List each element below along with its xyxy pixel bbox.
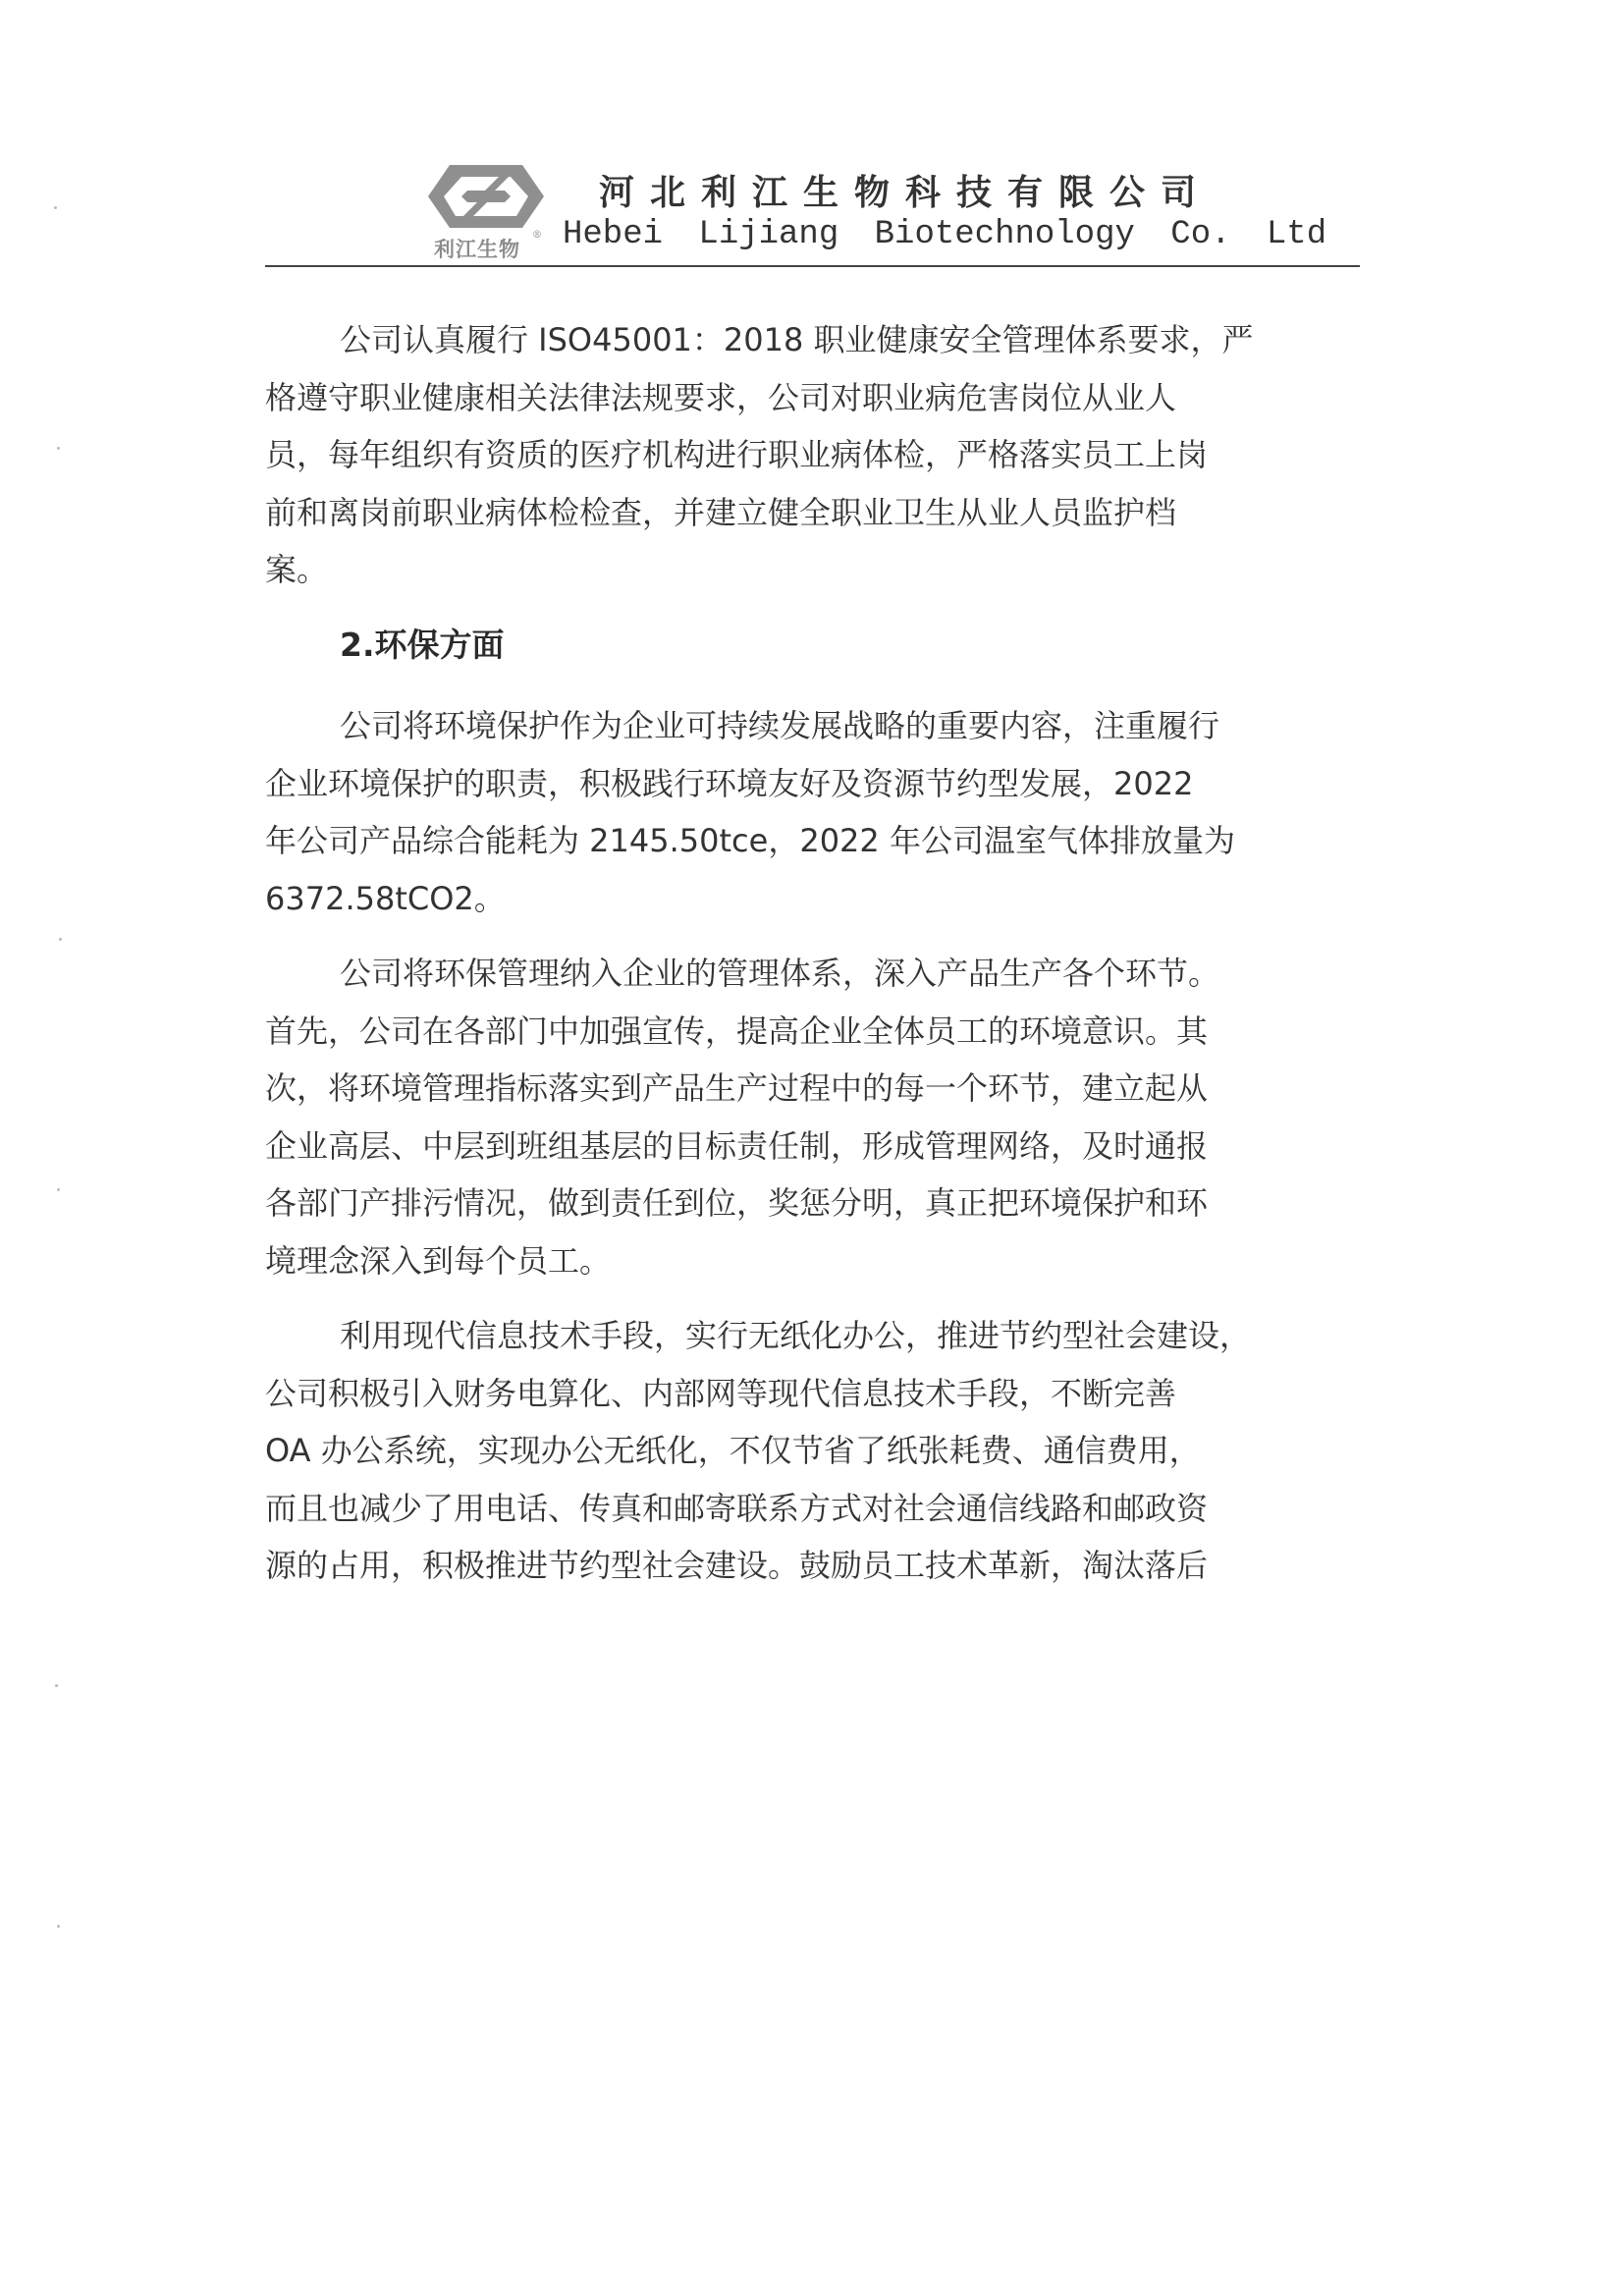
text-line: 员，每年组织有资质的医疗机构进行职业病体检，严格落实员工上岗 xyxy=(265,427,1357,485)
text-line: 前和离岗前职业病体检检查，并建立健全职业卫生从业人员监护档 xyxy=(265,485,1357,543)
text-line: 企业环境保护的职责，积极践行环境友好及资源节约型发展，2022 xyxy=(265,756,1357,814)
text-line: 6372.58tCO2。 xyxy=(265,871,1357,929)
company-logo: 利江生物 ® xyxy=(422,157,550,265)
letterhead: 利江生物 ® 河北利江生物科技有限公司 Hebei Lijiang Biotec… xyxy=(265,157,1360,265)
text-line: 公司认真履行 ISO45001：2018 职业健康安全管理体系要求，严 xyxy=(265,312,1357,370)
lijiang-logo-icon xyxy=(422,157,550,236)
scan-speck xyxy=(57,447,60,450)
paragraph-environment-management: 公司将环保管理纳入企业的管理体系，深入产品生产各个环节。 首先，公司在各部门中加… xyxy=(265,946,1357,1290)
logo-text: 利江生物 xyxy=(434,234,520,263)
text-line: 年公司产品综合能耗为 2145.50tce，2022 年公司温室气体排放量为 xyxy=(265,813,1357,871)
registered-mark: ® xyxy=(532,230,542,241)
text-line: 次，将环境管理指标落实到产品生产过程中的每一个环节，建立起从 xyxy=(265,1061,1357,1119)
text-line: 源的占用，积极推进节约型社会建设。鼓励员工技术革新，淘汰落后 xyxy=(265,1538,1357,1596)
company-name-en: Hebei Lijiang Biotechnology Co. Ltd xyxy=(563,216,1326,253)
text-line: 公司积极引入财务电算化、内部网等现代信息技术手段，不断完善 xyxy=(265,1366,1357,1424)
paragraph-paperless-office: 利用现代信息技术手段，实行无纸化办公，推进节约型社会建设， 公司积极引入财务电算… xyxy=(265,1308,1357,1596)
scan-speck xyxy=(54,206,57,209)
scan-speck xyxy=(55,1684,58,1687)
company-name-cn: 河北利江生物科技有限公司 xyxy=(599,165,1212,215)
text-line: OA 办公系统，实现办公无纸化，不仅节省了纸张耗费、通信费用， xyxy=(265,1423,1357,1481)
scan-speck xyxy=(57,1188,60,1191)
text-line: 格遵守职业健康相关法律法规要求，公司对职业病危害岗位从业人 xyxy=(265,370,1357,428)
text-line: 公司将环保管理纳入企业的管理体系，深入产品生产各个环节。 xyxy=(265,946,1357,1004)
text-line: 利用现代信息技术手段，实行无纸化办公，推进节约型社会建设， xyxy=(265,1308,1357,1366)
text-line: 企业高层、中层到班组基层的目标责任制，形成管理网络，及时通报 xyxy=(265,1119,1357,1176)
section-heading: 2.环保方面 xyxy=(265,618,1357,676)
scan-speck xyxy=(59,938,62,941)
scan-speck xyxy=(57,1925,60,1928)
text-line: 而且也减少了用电话、传真和邮寄联系方式对社会通信线路和邮政资 xyxy=(265,1481,1357,1539)
header-divider xyxy=(265,265,1360,267)
paragraph-environment-strategy: 公司将环境保护作为企业可持续发展战略的重要内容，注重履行 企业环境保护的职责，积… xyxy=(265,698,1357,928)
text-line: 公司将环境保护作为企业可持续发展战略的重要内容，注重履行 xyxy=(265,698,1357,756)
text-line: 首先，公司在各部门中加强宣传，提高企业全体员工的环境意识。其 xyxy=(265,1004,1357,1062)
paragraph-occupational-health: 公司认真履行 ISO45001：2018 职业健康安全管理体系要求，严 格遵守职… xyxy=(265,312,1357,600)
text-line: 境理念深入到每个员工。 xyxy=(265,1233,1357,1291)
text-line: 各部门产排污情况，做到责任到位，奖惩分明，真正把环境保护和环 xyxy=(265,1175,1357,1233)
text-line: 案。 xyxy=(265,542,1357,600)
document-body: 公司认真履行 ISO45001：2018 职业健康安全管理体系要求，严 格遵守职… xyxy=(265,312,1357,1596)
